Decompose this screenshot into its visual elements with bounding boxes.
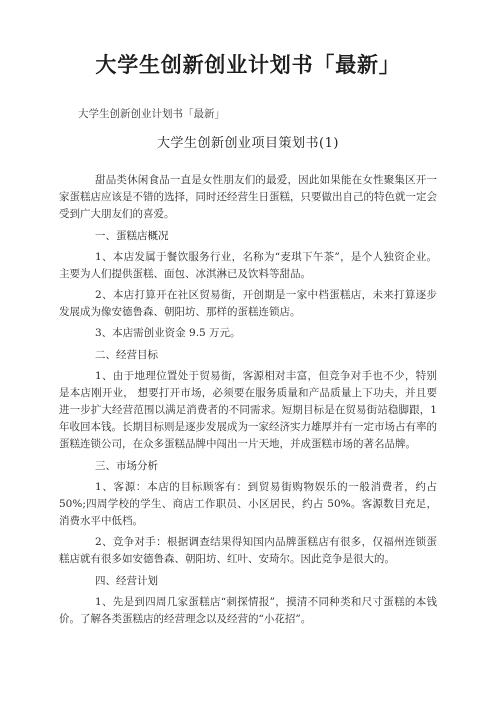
section-heading-2: 二、经营目标	[59, 347, 437, 364]
section-heading-4: 四、经营计划	[59, 573, 437, 590]
paragraph-market-customers: 1、客源：本店的目标顾客有：到贸易街购物娱乐的一般消费者，约占50%;四周学校的…	[59, 479, 437, 530]
paragraph-shop-overview-1: 1、本店发属于餐饮服务行业，名称为“麦琪下午茶”，是个人独资企业。主要为人们提供…	[59, 249, 437, 283]
paragraph-business-goal: 1、由于地理位置处于贸易街，客源相对丰富，但竞争对手也不少，特别是本店刚开业， …	[59, 368, 437, 453]
paragraph-market-competitors: 2、竞争对手：根据调查结果得知国内品牌蛋糕店有很多，仅福州连锁蛋糕店就有很多如安…	[59, 534, 437, 568]
paragraph-shop-overview-3: 3、本店需创业资金 9.5 万元。	[59, 325, 437, 342]
section-heading-1: 一、蛋糕店概况	[59, 228, 437, 245]
paragraph-operation-plan: 1、先是到四周几家蛋糕店“刺探情报”，摸清不同种类和尺寸蛋糕的本钱价。了解各类蛋…	[59, 594, 437, 628]
paragraph-intro: 甜品类休闲食品一直是女性朋友们的最爱，因此如果能在女性聚集区开一家蛋糕店应该是不…	[59, 172, 437, 223]
document-page: 大学生创新创业计划书「最新」 大学生创新创业计划书「最新」 大学生创新创业项目策…	[0, 0, 500, 707]
document-body: 甜品类休闲食品一直是女性朋友们的最爱，因此如果能在女性聚集区开一家蛋糕店应该是不…	[59, 172, 437, 628]
document-title: 大学生创新创业计划书「最新」	[59, 0, 437, 80]
paragraph-shop-overview-2: 2、本店打算开在社区贸易街，开创期是一家中档蛋糕店，未来打算逐步发展成为像安德鲁…	[59, 287, 437, 321]
section-heading-3: 三、市场分析	[59, 458, 437, 475]
document-heading: 大学生创新创业项目策划书(1)	[59, 134, 437, 154]
document-subtitle: 大学生创新创业计划书「最新」	[78, 107, 437, 121]
